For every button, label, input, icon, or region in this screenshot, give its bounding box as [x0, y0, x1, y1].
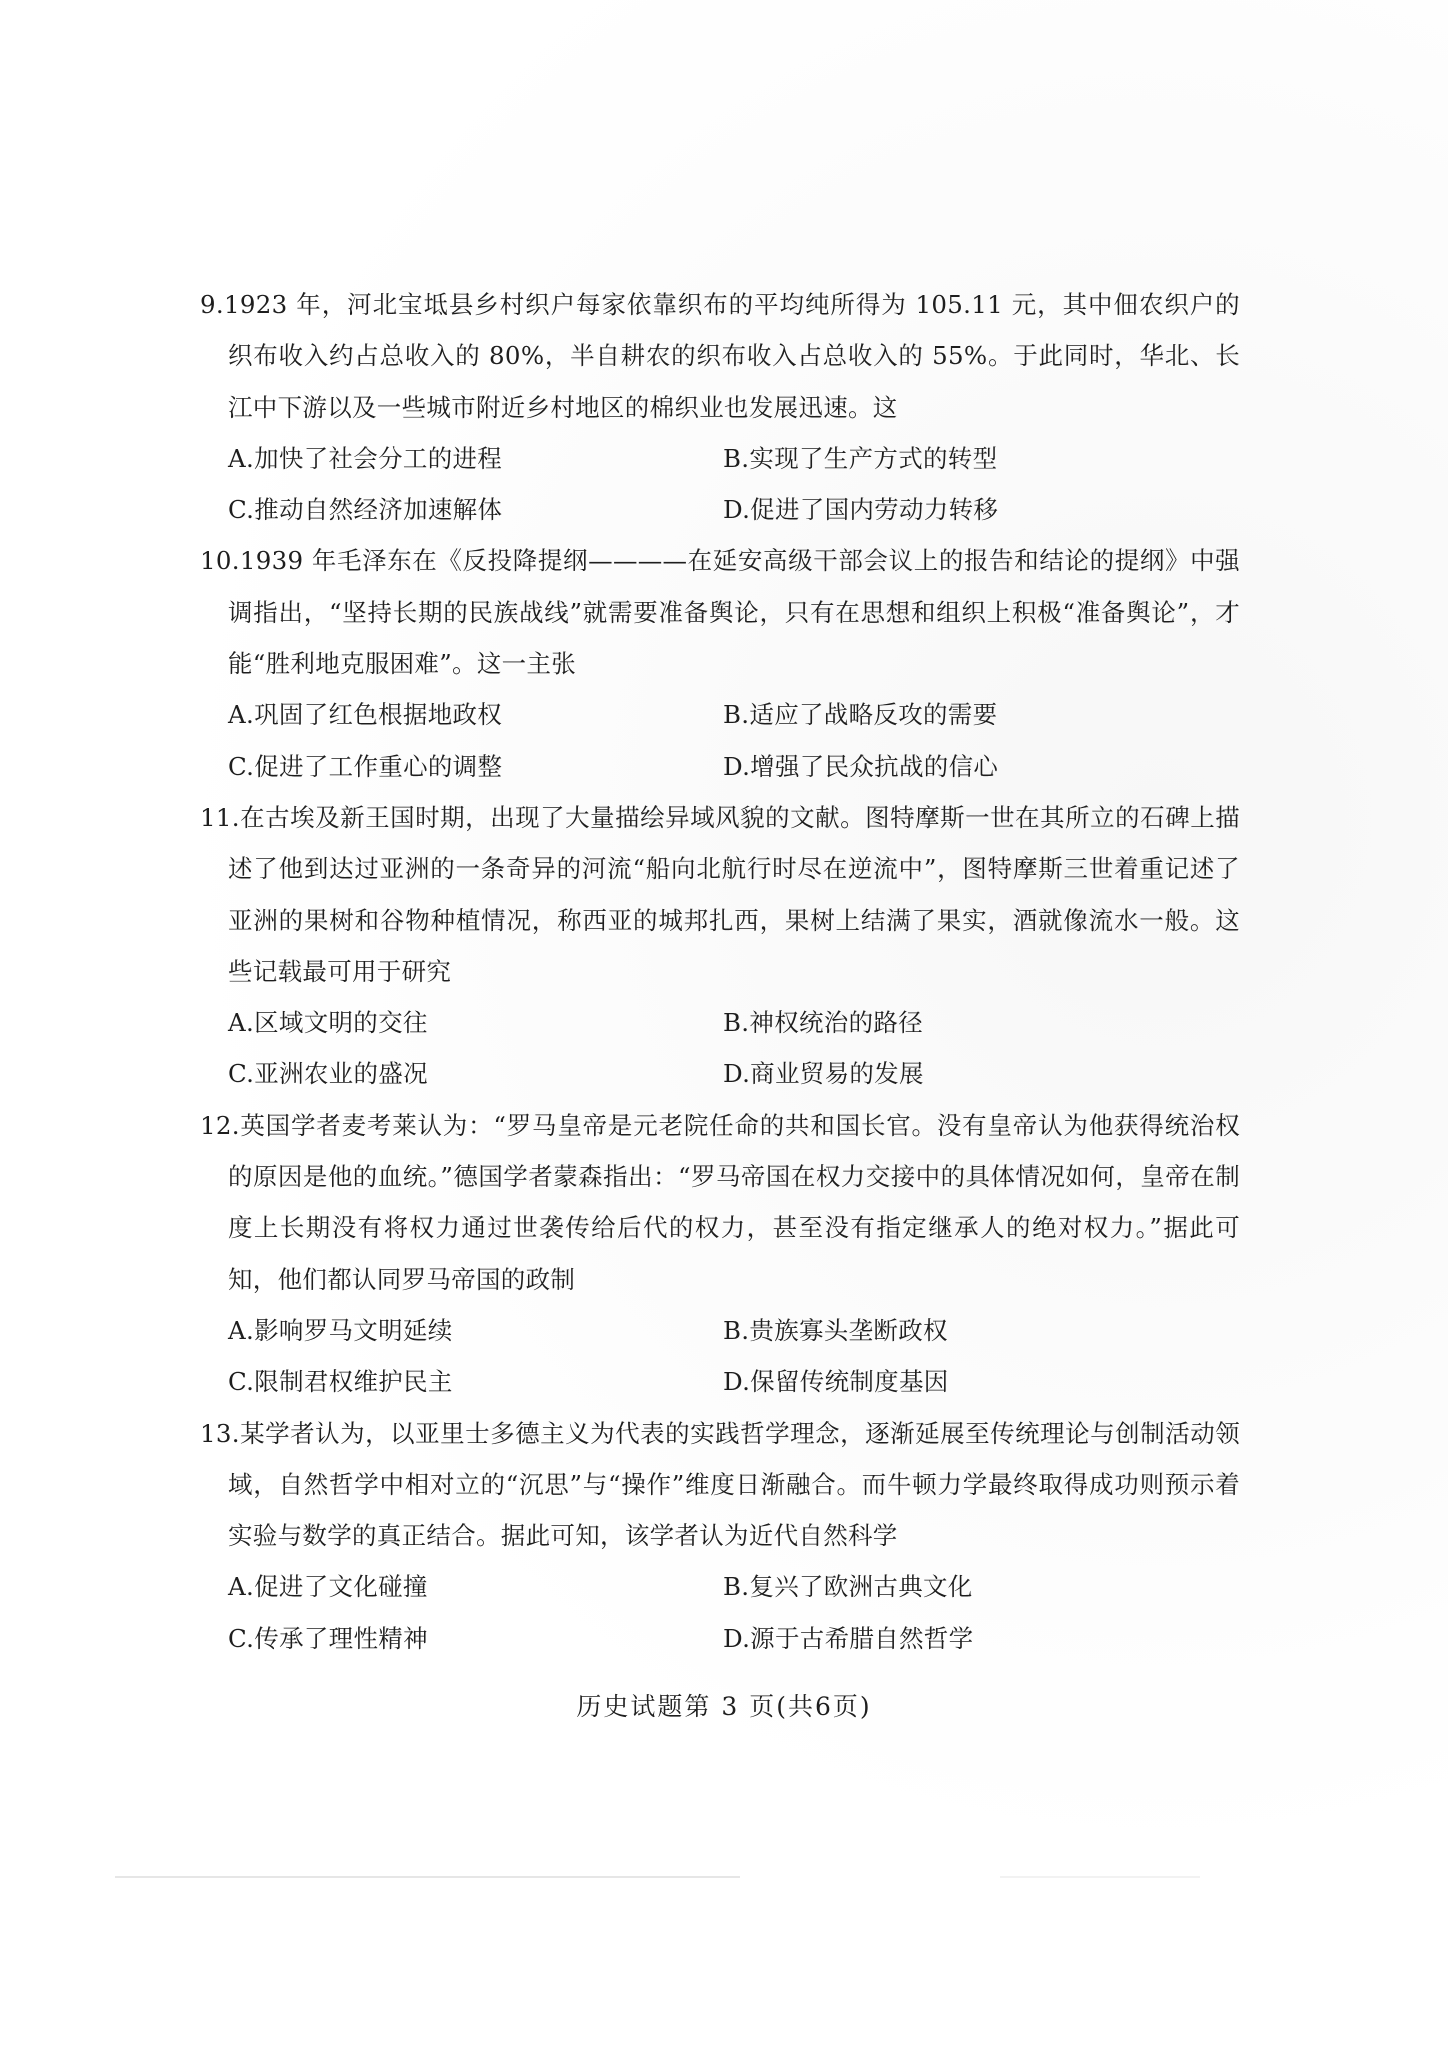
option-text: 加快了社会分工的进程: [254, 444, 502, 473]
scan-artifact-line: [115, 1876, 740, 1878]
option-text: 商业贸易的发展: [750, 1059, 924, 1088]
question-text: 1923 年，河北宝坻县乡村织户每家依靠织布的平均纯所得为 105.11 元，其…: [224, 290, 1240, 422]
question-text: 在古埃及新王国时期，出现了大量描绘异域风貌的文献。图特摩斯一世在其所立的石碑上描…: [228, 803, 1240, 986]
option-a: A.巩固了红色根据地政权: [228, 689, 723, 740]
option-label: B.: [723, 444, 749, 473]
question-list: 9.1923 年，河北宝坻县乡村织户每家依靠织布的平均纯所得为 105.11 元…: [200, 279, 1240, 1664]
option-b: B.适应了战略反攻的需要: [723, 689, 1218, 740]
option-label: D.: [723, 1059, 750, 1088]
question-stem: 12.英国学者麦考莱认为：“罗马皇帝是元老院任命的共和国长官。没有皇帝认为他获得…: [200, 1100, 1240, 1305]
option-a: A.区域文明的交往: [228, 997, 723, 1048]
option-b: B.神权统治的路径: [723, 997, 1218, 1048]
question-10: 10.1939 年毛泽东在《反投降提纲————在延安高级干部会议上的报告和结论的…: [200, 535, 1240, 791]
option-label: D.: [723, 1624, 750, 1653]
option-b: B.贵族寡头垄断政权: [723, 1305, 1218, 1356]
question-9: 9.1923 年，河北宝坻县乡村织户每家依靠织布的平均纯所得为 105.11 元…: [200, 279, 1240, 535]
question-13: 13.某学者认为，以亚里士多德主义为代表的实践哲学理念，逐渐延展至传统理论与创制…: [200, 1408, 1240, 1664]
option-text: 促进了工作重心的调整: [254, 752, 502, 781]
option-label: B.: [723, 700, 749, 729]
option-c: C.推动自然经济加速解体: [228, 484, 723, 535]
question-stem: 13.某学者认为，以亚里士多德主义为代表的实践哲学理念，逐渐延展至传统理论与创制…: [200, 1408, 1240, 1562]
option-d: D.源于古希腊自然哲学: [723, 1613, 1218, 1664]
option-d: D.促进了国内劳动力转移: [723, 484, 1218, 535]
option-text: 区域文明的交往: [254, 1008, 428, 1037]
question-number: 11.: [200, 803, 240, 832]
option-text: 促进了国内劳动力转移: [750, 495, 998, 524]
option-text: 传承了理性精神: [254, 1624, 428, 1653]
option-text: 源于古希腊自然哲学: [750, 1624, 973, 1653]
option-label: D.: [723, 1367, 750, 1396]
question-text: 某学者认为，以亚里士多德主义为代表的实践哲学理念，逐渐延展至传统理论与创制活动领…: [228, 1419, 1240, 1551]
question-text: 1939 年毛泽东在《反投降提纲————在延安高级干部会议上的报告和结论的提纲》…: [228, 546, 1240, 678]
option-a: A.影响罗马文明延续: [228, 1305, 723, 1356]
option-d: D.商业贸易的发展: [723, 1048, 1218, 1099]
page-footer: 历史试题第 3 页(共6页): [0, 1687, 1448, 1723]
option-label: D.: [723, 495, 750, 524]
question-stem: 10.1939 年毛泽东在《反投降提纲————在延安高级干部会议上的报告和结论的…: [200, 535, 1240, 689]
option-label: A.: [228, 700, 254, 729]
option-text: 亚洲农业的盛况: [254, 1059, 428, 1088]
options: A.加快了社会分工的进程 B.实现了生产方式的转型 C.推动自然经济加速解体 D…: [200, 433, 1240, 536]
exam-page: 9.1923 年，河北宝坻县乡村织户每家依靠织布的平均纯所得为 105.11 元…: [0, 0, 1448, 2048]
option-label: D.: [723, 752, 750, 781]
option-text: 促进了文化碰撞: [254, 1572, 428, 1601]
option-text: 保留传统制度基因: [750, 1367, 948, 1396]
option-label: A.: [228, 1316, 254, 1345]
option-label: A.: [228, 1008, 254, 1037]
option-text: 推动自然经济加速解体: [254, 495, 502, 524]
option-c: C.促进了工作重心的调整: [228, 741, 723, 792]
option-b: B.实现了生产方式的转型: [723, 433, 1218, 484]
options: A.影响罗马文明延续 B.贵族寡头垄断政权 C.限制君权维护民主 D.保留传统制…: [200, 1305, 1240, 1408]
option-text: 实现了生产方式的转型: [749, 444, 997, 473]
option-label: C.: [228, 752, 254, 781]
option-text: 影响罗马文明延续: [254, 1316, 452, 1345]
option-text: 贵族寡头垄断政权: [749, 1316, 947, 1345]
option-text: 神权统治的路径: [749, 1008, 923, 1037]
options: A.巩固了红色根据地政权 B.适应了战略反攻的需要 C.促进了工作重心的调整 D…: [200, 689, 1240, 792]
question-number: 12.: [200, 1111, 240, 1140]
option-c: C.限制君权维护民主: [228, 1356, 723, 1407]
option-label: B.: [723, 1316, 749, 1345]
question-12: 12.英国学者麦考莱认为：“罗马皇帝是元老院任命的共和国长官。没有皇帝认为他获得…: [200, 1100, 1240, 1408]
option-label: B.: [723, 1008, 749, 1037]
option-label: C.: [228, 495, 254, 524]
question-stem: 9.1923 年，河北宝坻县乡村织户每家依靠织布的平均纯所得为 105.11 元…: [200, 279, 1240, 433]
option-text: 限制君权维护民主: [254, 1367, 452, 1396]
question-number: 9.: [200, 290, 224, 319]
question-text: 英国学者麦考莱认为：“罗马皇帝是元老院任命的共和国长官。没有皇帝认为他获得统治权…: [228, 1111, 1240, 1294]
option-label: A.: [228, 1572, 254, 1601]
question-stem: 11.在古埃及新王国时期，出现了大量描绘异域风貌的文献。图特摩斯一世在其所立的石…: [200, 792, 1240, 997]
option-text: 复兴了欧洲古典文化: [749, 1572, 972, 1601]
option-a: A.促进了文化碰撞: [228, 1561, 723, 1612]
option-text: 适应了战略反攻的需要: [749, 700, 997, 729]
option-d: D.增强了民众抗战的信心: [723, 741, 1218, 792]
option-text: 巩固了红色根据地政权: [254, 700, 502, 729]
question-11: 11.在古埃及新王国时期，出现了大量描绘异域风貌的文献。图特摩斯一世在其所立的石…: [200, 792, 1240, 1100]
scan-artifact-line: [1000, 1876, 1200, 1878]
option-c: C.亚洲农业的盛况: [228, 1048, 723, 1099]
option-d: D.保留传统制度基因: [723, 1356, 1218, 1407]
option-c: C.传承了理性精神: [228, 1613, 723, 1664]
option-a: A.加快了社会分工的进程: [228, 433, 723, 484]
option-b: B.复兴了欧洲古典文化: [723, 1561, 1218, 1612]
option-label: C.: [228, 1059, 254, 1088]
option-text: 增强了民众抗战的信心: [750, 752, 998, 781]
option-label: C.: [228, 1367, 254, 1396]
option-label: A.: [228, 444, 254, 473]
option-label: C.: [228, 1624, 254, 1653]
option-label: B.: [723, 1572, 749, 1601]
question-number: 10.: [200, 546, 240, 575]
question-number: 13.: [200, 1419, 240, 1448]
options: A.区域文明的交往 B.神权统治的路径 C.亚洲农业的盛况 D.商业贸易的发展: [200, 997, 1240, 1100]
options: A.促进了文化碰撞 B.复兴了欧洲古典文化 C.传承了理性精神 D.源于古希腊自…: [200, 1561, 1240, 1664]
